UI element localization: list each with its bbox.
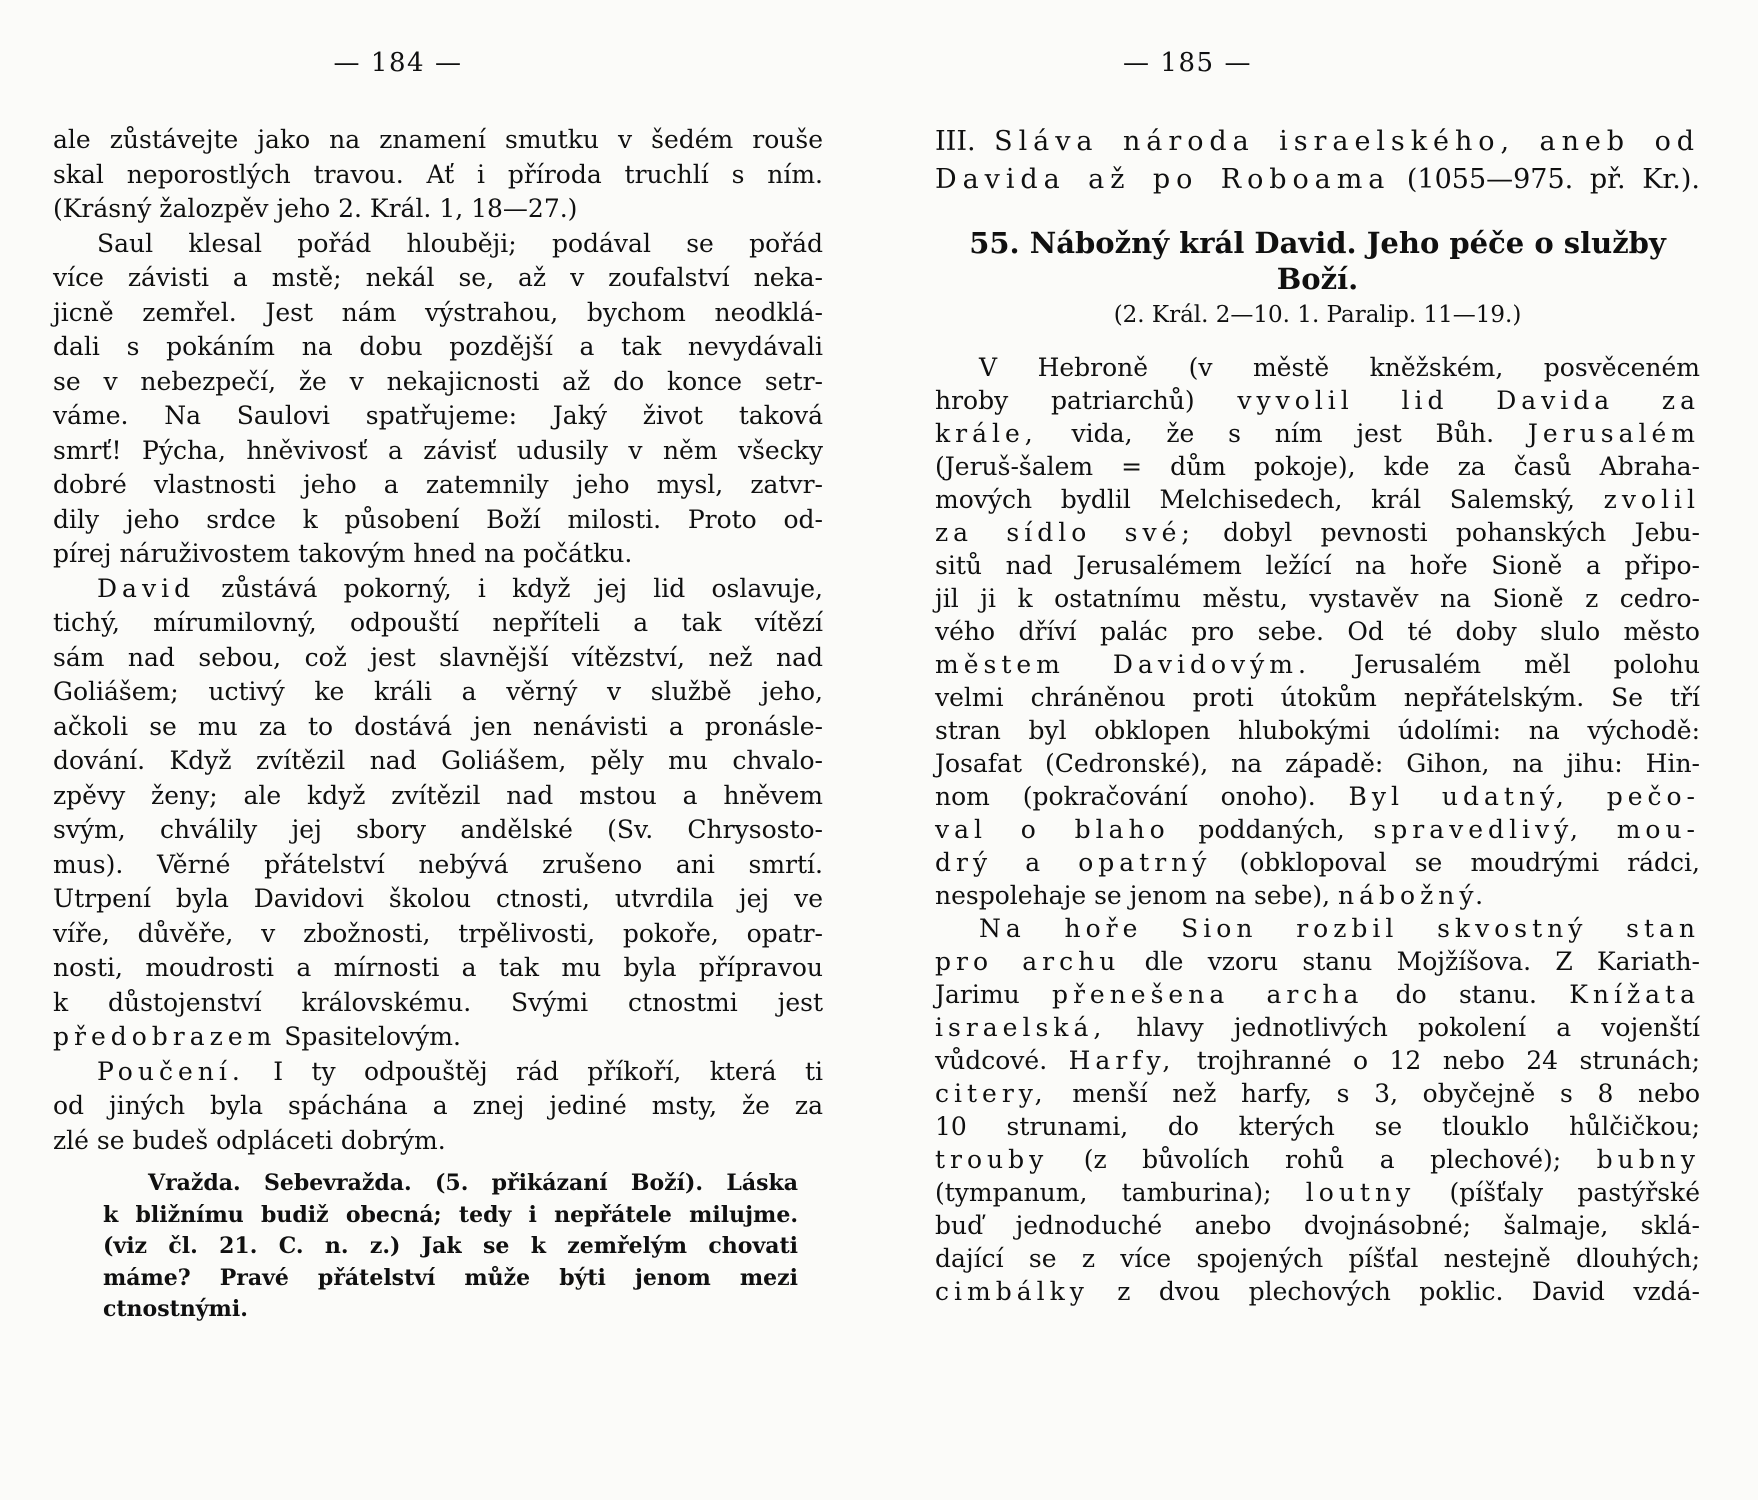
text-run: ačkoli se mu za to dostává jen nenávisti…	[53, 712, 823, 741]
text-run: jicně zemřel. Jest nám výstrahou, bychom…	[53, 298, 823, 327]
text-run: Josafat (Cedronské), na západě: Gihon, n…	[935, 749, 1700, 778]
text-run: dování. Když zvítězil nad Goliášem, pěly…	[53, 746, 823, 775]
text-line: Utrpení byla Davidovi školou ctnosti, ut…	[53, 882, 823, 917]
text-run: dily jeho srdce k působení Boží milosti.…	[53, 505, 823, 534]
text-line: pírej náruživostem takovým hned na počát…	[53, 537, 823, 572]
text-run: Utrpení byla Davidovi školou ctnosti, ut…	[53, 884, 823, 913]
text-run: nom (pokračování onoho).	[935, 782, 1349, 811]
text-line: Josafat (Cedronské), na západě: Gihon, n…	[935, 747, 1700, 780]
text-run: (Krásný žalozpěv jeho 2. Král. 1, 18—27.…	[53, 194, 577, 223]
text-line: vůdcové. Harfy, trojhranné o 12 nebo 24 …	[935, 1044, 1700, 1077]
text-line: drý a opatrný (obklopoval se moudrými rá…	[935, 846, 1700, 879]
text-line: zlé se budeš odpláceti dobrým.	[53, 1124, 823, 1159]
text-line: za sídlo své; dobyl pevnosti pohanských …	[935, 516, 1700, 549]
text-run: sitů nad Jerusalémem ležící na hoře Sion…	[935, 551, 1700, 580]
text-line: cimbálky z dvou plechových poklic. David…	[935, 1275, 1700, 1308]
text-line: Boží.	[935, 261, 1700, 297]
text-line: mus). Věrné přátelství nebývá zrušeno an…	[53, 848, 823, 883]
text-line: (viz čl. 21. C. n. z.) Jak se k zemřelým…	[103, 1231, 798, 1263]
text-line: zpěvy ženy; ale když zvítězil nad mstou …	[53, 779, 823, 814]
text-line: váme. Na Saulovi spatřujeme: Jaký život …	[53, 399, 823, 434]
spaced-text-run: krále,	[935, 419, 1038, 448]
spaced-text-run: cimbálky	[935, 1277, 1089, 1306]
text-line: tichý, mírumilovný, odpouští nepříteli a…	[53, 606, 823, 641]
text-line: trouby (z bůvolích rohů a plechové); bub…	[935, 1143, 1700, 1176]
text-run: Boží.	[1277, 262, 1358, 296]
text-line: nespolehaje se jenom na sebe), nábožný.	[935, 879, 1700, 912]
text-line: dali s pokáním na dobu pozdější a tak ne…	[53, 330, 823, 365]
spaced-text-run: Jerusalém	[1528, 419, 1700, 448]
spaced-text-run: za sídlo své;	[935, 518, 1195, 547]
text-run: dobré vlastnosti jeho a zatemnily jeho m…	[53, 470, 823, 499]
text-run: trojhranné o 12 nebo 24 strunách;	[1175, 1046, 1700, 1075]
paragraph: V Hebroně (v městě kněžském, posvěcenémh…	[935, 351, 1700, 912]
text-run: Goliášem; uctivý ke králi a věrný v služ…	[53, 677, 823, 706]
text-run: (Jeruš-šalem = dům pokoje), kde za časů …	[935, 452, 1700, 481]
text-line: svým, chválily jej sbory andělské (Sv. C…	[53, 813, 823, 848]
text-line: od jiných byla spáchána a znej jediné ms…	[53, 1089, 823, 1124]
text-run: dle vzoru stanu Mojžíšova. Z Kariath-	[1120, 947, 1700, 976]
text-run: dali s pokáním na dobu pozdější a tak ne…	[53, 332, 823, 361]
text-run: hlavy jednotlivých pokolení a vojenští	[1106, 1013, 1700, 1042]
text-line: hroby patriarchů) vyvolil lid Davida za	[935, 384, 1700, 417]
text-run: vůdcové.	[935, 1046, 1069, 1075]
text-run: svým, chválily jej sbory andělské (Sv. C…	[53, 815, 823, 844]
text-line: vého dříví palác pro sebe. Od té doby sl…	[935, 615, 1700, 648]
spaced-text-run: Sláva národa israelského, aneb od	[994, 126, 1700, 157]
text-run: mových bydlil Melchisedech, král Salemsk…	[935, 485, 1604, 514]
text-line: David zůstává pokorný, i když jej lid os…	[53, 572, 823, 607]
page-number-left: — 184 —	[13, 48, 783, 78]
text-run: (obklopoval se moudrými rádci,	[1211, 848, 1700, 877]
text-line: mových bydlil Melchisedech, král Salemsk…	[935, 483, 1700, 516]
text-line: sám nad sebou, což jest slavnější vítězs…	[53, 641, 823, 676]
spaced-text-run: zvolil	[1604, 485, 1700, 514]
text-line: val o blaho poddaných, spravedlivý, mou-	[935, 813, 1700, 846]
text-line: dování. Když zvítězil nad Goliášem, pěly…	[53, 744, 823, 779]
text-run: (píšťaly pastýřské	[1415, 1178, 1700, 1207]
text-run: zlé se budeš odpláceti dobrým.	[53, 1126, 446, 1155]
text-run: (tympanum, tamburina);	[935, 1178, 1306, 1207]
text-line: velmi chráněnou proti útokům nepřátelský…	[935, 681, 1700, 714]
text-run: nespolehaje se jenom na sebe),	[935, 881, 1338, 910]
text-run: Vražda. Sebevražda. (5. přikázaní Boží).…	[148, 1170, 798, 1196]
text-run: do stanu.	[1363, 980, 1569, 1009]
text-line: ačkoli se mu za to dostává jen nenávisti…	[53, 710, 823, 745]
right-page-body-text: V Hebroně (v městě kněžském, posvěcenémh…	[935, 351, 1700, 1308]
spaced-text-run: městem Davidovým.	[935, 650, 1311, 679]
text-run: více závisti a mstě; nekál se, až v zouf…	[53, 263, 823, 292]
text-line: citery, menší než harfy, s 3, obyčejně s…	[935, 1077, 1700, 1110]
text-line: nom (pokračování onoho). Byl udatný, peč…	[935, 780, 1700, 813]
text-run: k důstojenství královskému. Svými ctnost…	[53, 988, 823, 1017]
spaced-text-run: israelská,	[935, 1013, 1106, 1042]
spaced-text-run: Na hoře Sion rozbil skvostný stan	[979, 914, 1700, 943]
text-line: víře, důvěře, v zbožnosti, trpělivosti, …	[53, 917, 823, 952]
text-run: jil ji k ostatnímu městu, vystavěv na Si…	[935, 584, 1700, 613]
paragraph: Saul klesal pořád hlouběji; podával se p…	[53, 227, 823, 572]
text-line: (tympanum, tamburina); loutny (píšťaly p…	[935, 1176, 1700, 1209]
text-run: dobyl pevnosti pohanských Jebu-	[1195, 518, 1700, 547]
text-run: zpěvy ženy; ale když zvítězil nad mstou …	[53, 781, 823, 810]
text-line: skal neporostlých travou. Ať i příroda t…	[53, 158, 823, 193]
text-line: (Jeruš-šalem = dům pokoje), kde za časů …	[935, 450, 1700, 483]
text-run: víře, důvěře, v zbožnosti, trpělivosti, …	[53, 919, 823, 948]
text-line: Davida až po Roboama (1055—975. př. Kr.)…	[935, 161, 1700, 199]
text-line: (Krásný žalozpěv jeho 2. Král. 1, 18—27.…	[53, 192, 823, 227]
text-run: z dvou plechových poklic. David vzdá-	[1089, 1277, 1700, 1306]
text-line: smrť! Pýcha, hněvivosť a závisť udusily …	[53, 434, 823, 469]
spaced-text-run: citery,	[935, 1079, 1048, 1108]
text-run: velmi chráněnou proti útokům nepřátelský…	[935, 683, 1700, 712]
spaced-text-run: Byl udatný, pečo-	[1349, 782, 1700, 811]
text-run: dající se z více spojených píšťal nestej…	[935, 1244, 1700, 1273]
page-number-right: — 185 —	[805, 48, 1570, 78]
text-line: městem Davidovým. Jerusalém měl polohu	[935, 648, 1700, 681]
text-run: 55. Nábožný král David. Jeho péče o služ…	[969, 226, 1666, 260]
text-run: k bližnímu budiž obecná; tedy i nepřátel…	[103, 1202, 798, 1228]
text-run: skal neporostlých travou. Ať i příroda t…	[53, 160, 823, 189]
text-run: ale zůstávejte jako na znamení smutku v …	[53, 125, 823, 154]
text-line: nosti, moudrosti a mírnosti a tak mu byl…	[53, 951, 823, 986]
text-run: pírej náruživostem takovým hned na počát…	[53, 539, 632, 568]
text-line: jicně zemřel. Jest nám výstrahou, bychom…	[53, 296, 823, 331]
spaced-text-run: spravedlivý, mou-	[1373, 815, 1700, 844]
spaced-text-run: předobrazem	[53, 1022, 276, 1051]
text-line: sitů nad Jerusalémem ležící na hoře Sion…	[935, 549, 1700, 582]
spaced-text-run: bubny	[1597, 1145, 1700, 1174]
section-heading: III. Sláva národa israelského, aneb odDa…	[935, 123, 1700, 199]
text-run: (1055—975. př. Kr.).	[1390, 164, 1700, 195]
text-run: máme? Pravé přátelství může býti jenom m…	[103, 1265, 798, 1291]
text-line: buď jednoduché anebo dvojnásobné; šalmaj…	[935, 1209, 1700, 1242]
spaced-text-run: přenešena archa	[1052, 980, 1363, 1009]
page-185: — 185 — III. Sláva národa israelského, a…	[935, 40, 1700, 1308]
spaced-text-run: drý a opatrný	[935, 848, 1211, 877]
text-run: Jarimu	[935, 980, 1052, 1009]
text-run: tichý, mírumilovný, odpouští nepříteli a…	[53, 608, 823, 637]
text-run: I ty odpouštěj rád příkoří, která ti	[245, 1057, 823, 1086]
text-run: stran byl obklopen hlubokými údolími: na…	[935, 716, 1700, 745]
spaced-text-run: Poučení.	[97, 1057, 245, 1086]
text-line: 55. Nábožný král David. Jeho péče o služ…	[935, 225, 1700, 261]
text-run: smrť! Pýcha, hněvivosť a závisť udusily …	[53, 436, 823, 465]
text-line: předobrazem Spasitelovým.	[53, 1020, 823, 1055]
text-run: (viz čl. 21. C. n. z.) Jak se k zemřelým…	[103, 1233, 798, 1259]
text-run: poddaných,	[1170, 815, 1374, 844]
text-run: Spasitelovým.	[276, 1022, 461, 1051]
text-run: mus). Věrné přátelství nebývá zrušeno an…	[53, 850, 823, 879]
text-run: menší než harfy, s 3, obyčejně s 8 nebo	[1048, 1079, 1700, 1108]
page-184: — 184 — ale zůstávejte jako na znamení s…	[53, 40, 823, 1326]
text-line: k bližnímu budiž obecná; tedy i nepřátel…	[103, 1200, 798, 1232]
left-page-body-text: ale zůstávejte jako na znamení smutku v …	[53, 123, 823, 1158]
spaced-text-run: vyvolil lid Davida za	[1237, 386, 1700, 415]
text-run: Jerusalém měl polohu	[1311, 650, 1700, 679]
text-line: israelská, hlavy jednotlivých pokolení a…	[935, 1011, 1700, 1044]
text-line: Jarimu přenešena archa do stanu. Knížata	[935, 978, 1700, 1011]
text-line: Vražda. Sebevražda. (5. přikázaní Boží).…	[103, 1168, 798, 1200]
spaced-text-run: val o blaho	[935, 815, 1170, 844]
text-line: V Hebroně (v městě kněžském, posvěceném	[935, 351, 1700, 384]
text-line: dající se z více spojených píšťal nestej…	[935, 1242, 1700, 1275]
spaced-text-run: nábožný.	[1338, 881, 1488, 910]
text-run: (z bůvolích rohů a plechové);	[1048, 1145, 1596, 1174]
spaced-text-run: David	[97, 574, 195, 603]
text-line: III. Sláva národa israelského, aneb od	[935, 123, 1700, 161]
text-run: vého dříví palác pro sebe. Od té doby sl…	[935, 617, 1700, 646]
text-run: 10 strunami, do kterých se tlouklo hůlči…	[935, 1112, 1700, 1141]
text-line: ctnostnými.	[103, 1294, 798, 1326]
text-run: Saul klesal pořád hlouběji; podával se p…	[97, 229, 823, 258]
text-line: Na hoře Sion rozbil skvostný stan	[935, 912, 1700, 945]
text-line: 10 strunami, do kterých se tlouklo hůlči…	[935, 1110, 1700, 1143]
spaced-text-run: Knížata	[1569, 980, 1700, 1009]
text-line: ale zůstávejte jako na znamení smutku v …	[53, 123, 823, 158]
paragraph: David zůstává pokorný, i když jej lid os…	[53, 572, 823, 1055]
text-run: se v nebezpečí, že v nekajicnosti až do …	[53, 367, 823, 396]
text-run: od jiných byla spáchána a znej jediné ms…	[53, 1091, 823, 1120]
text-run: vida, že s ním jest Bůh.	[1038, 419, 1528, 448]
text-line: dily jeho srdce k působení Boží milosti.…	[53, 503, 823, 538]
text-line: se v nebezpečí, že v nekajicnosti až do …	[53, 365, 823, 400]
book-scan: — 184 — ale zůstávejte jako na znamení s…	[0, 0, 1758, 1500]
text-run: buď jednoduché anebo dvojnásobné; šalmaj…	[935, 1211, 1700, 1240]
text-line: pro archu dle vzoru stanu Mojžíšova. Z K…	[935, 945, 1700, 978]
text-run: nosti, moudrosti a mírnosti a tak mu byl…	[53, 953, 823, 982]
text-run: zůstává pokorný, i když jej lid oslavuje…	[195, 574, 823, 603]
spaced-text-run: pro archu	[935, 947, 1120, 976]
text-line: dobré vlastnosti jeho a zatemnily jeho m…	[53, 468, 823, 503]
text-line: krále, vida, že s ním jest Bůh. Jerusalé…	[935, 417, 1700, 450]
text-run: hroby patriarchů)	[935, 386, 1237, 415]
text-run: ctnostnými.	[103, 1296, 248, 1322]
text-run: III.	[935, 126, 994, 157]
text-run: váme. Na Saulovi spatřujeme: Jaký život …	[53, 401, 823, 430]
text-run: sám nad sebou, což jest slavnější vítězs…	[53, 643, 823, 672]
scripture-reference: (2. Král. 2—10. 1. Paralip. 11—19.)	[935, 301, 1700, 329]
text-line: Saul klesal pořád hlouběji; podával se p…	[53, 227, 823, 262]
spaced-text-run: Davida až po Roboama	[935, 164, 1390, 195]
text-line: více závisti a mstě; nekál se, až v zouf…	[53, 261, 823, 296]
spaced-text-run: loutny	[1306, 1178, 1415, 1207]
spaced-text-run: Harfy,	[1069, 1046, 1176, 1075]
paragraph: Poučení. I ty odpouštěj rád příkoří, kte…	[53, 1055, 823, 1159]
text-line: jil ji k ostatnímu městu, vystavěv na Si…	[935, 582, 1700, 615]
paragraph: Na hoře Sion rozbil skvostný stanpro arc…	[935, 912, 1700, 1308]
text-line: máme? Pravé přátelství může býti jenom m…	[103, 1263, 798, 1295]
text-line: stran byl obklopen hlubokými údolími: na…	[935, 714, 1700, 747]
text-run: V Hebroně (v městě kněžském, posvěceném	[979, 353, 1700, 382]
left-page-summary-note: Vražda. Sebevražda. (5. přikázaní Boží).…	[103, 1168, 798, 1326]
paragraph: ale zůstávejte jako na znamení smutku v …	[53, 123, 823, 227]
text-line: k důstojenství královskému. Svými ctnost…	[53, 986, 823, 1021]
chapter-heading: 55. Nábožný král David. Jeho péče o služ…	[935, 225, 1700, 297]
text-line: Poučení. I ty odpouštěj rád příkoří, kte…	[53, 1055, 823, 1090]
spaced-text-run: trouby	[935, 1145, 1048, 1174]
text-line: Goliášem; uctivý ke králi a věrný v služ…	[53, 675, 823, 710]
